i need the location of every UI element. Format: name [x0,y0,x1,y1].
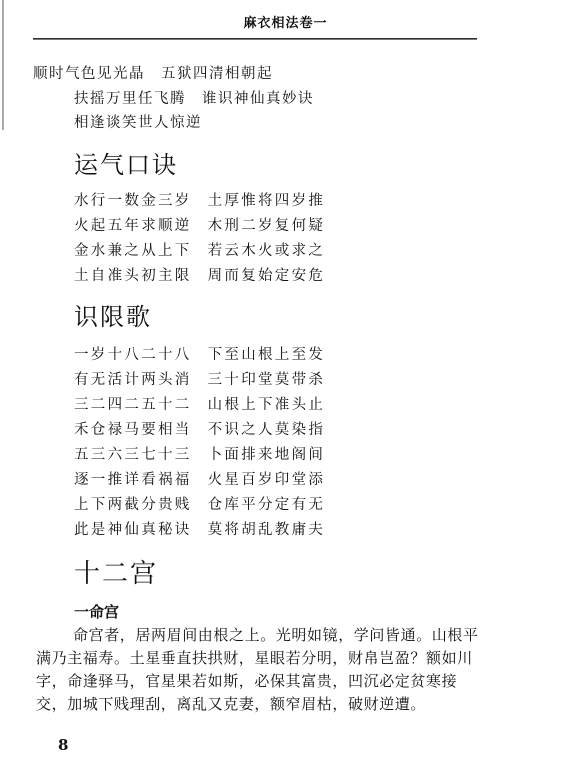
couplet: 逐一推详看祸福火星百岁印堂添 [74,468,325,489]
page-number: 8 [58,736,68,754]
intro-line: 扶摇万里任飞腾 谁识神仙真妙诀 [74,87,314,108]
couplet-left: 逐一推详看祸福 [74,468,192,489]
couplet: 一岁十八二十八下至山根上至发 [74,343,325,364]
couplet-right: 木刑二岁复何疑 [208,214,326,235]
intro-line: 顺时气色见光晶 五狱四清相朝起 [33,62,273,83]
section-title: 识限歌 [74,297,152,332]
couplet-right: 仓库平分定有无 [208,493,326,514]
couplet-right: 不识之人莫染指 [208,418,326,439]
couplet-left: 金水兼之从上下 [74,239,192,260]
section-title: 运气口诀 [74,145,178,180]
body-paragraph: 命宫者，居两眉间由根之上。光明如镜，学问皆通。山根平满乃主福寿。土星垂直扶拱财，… [36,624,486,716]
couplet: 火起五年求顺逆木刑二岁复何疑 [74,214,325,235]
couplet-left: 有无活计两头消 [74,368,192,389]
couplet: 水行一数金三岁土厚惟将四岁推 [74,189,325,210]
subsection-title: 一命宫 [74,601,119,622]
running-header: 麻衣相法卷一 [0,12,571,31]
couplet-right: 山根上下准头止 [208,393,326,414]
couplet-left: 一岁十八二十八 [74,343,192,364]
couplet: 禾仓禄马要相当不识之人莫染指 [74,418,325,439]
couplet-right: 周而复始定安危 [208,264,326,285]
couplet-right: 下至山根上至发 [208,343,326,364]
couplet: 三二四二五十二山根上下准头止 [74,393,325,414]
couplet: 金水兼之从上下若云木火或求之 [74,239,325,260]
couplet-left: 水行一数金三岁 [74,189,192,210]
couplet-right: 火星百岁印堂添 [208,468,326,489]
couplet-left: 五三六三七十三 [74,443,192,464]
intro-line: 相逢谈笑世人惊逆 [74,111,202,132]
couplet-left: 此是神仙真秘诀 [74,518,192,539]
couplet: 此是神仙真秘诀莫将胡乱教庸夫 [74,518,325,539]
couplet-left: 土自准头初主限 [74,264,192,285]
couplet-right: 莫将胡乱教庸夫 [208,518,326,539]
couplet-right: 卜面排来地阁间 [208,443,326,464]
couplet-left: 三二四二五十二 [74,393,192,414]
couplet: 有无活计两头消三十印堂莫带杀 [74,368,325,389]
header-rule [33,38,477,40]
couplet-left: 禾仓禄马要相当 [74,418,192,439]
couplet-right: 三十印堂莫带杀 [208,368,326,389]
couplet-left: 上下两截分贵贱 [74,493,192,514]
section-title: 十二宫 [74,553,158,590]
couplet-right: 若云木火或求之 [208,239,326,260]
couplet-left: 火起五年求顺逆 [74,214,192,235]
couplet-right: 土厚惟将四岁推 [208,189,326,210]
couplet: 土自准头初主限周而复始定安危 [74,264,325,285]
couplet: 上下两截分贵贱仓库平分定有无 [74,493,325,514]
couplet: 五三六三七十三卜面排来地阁间 [74,443,325,464]
